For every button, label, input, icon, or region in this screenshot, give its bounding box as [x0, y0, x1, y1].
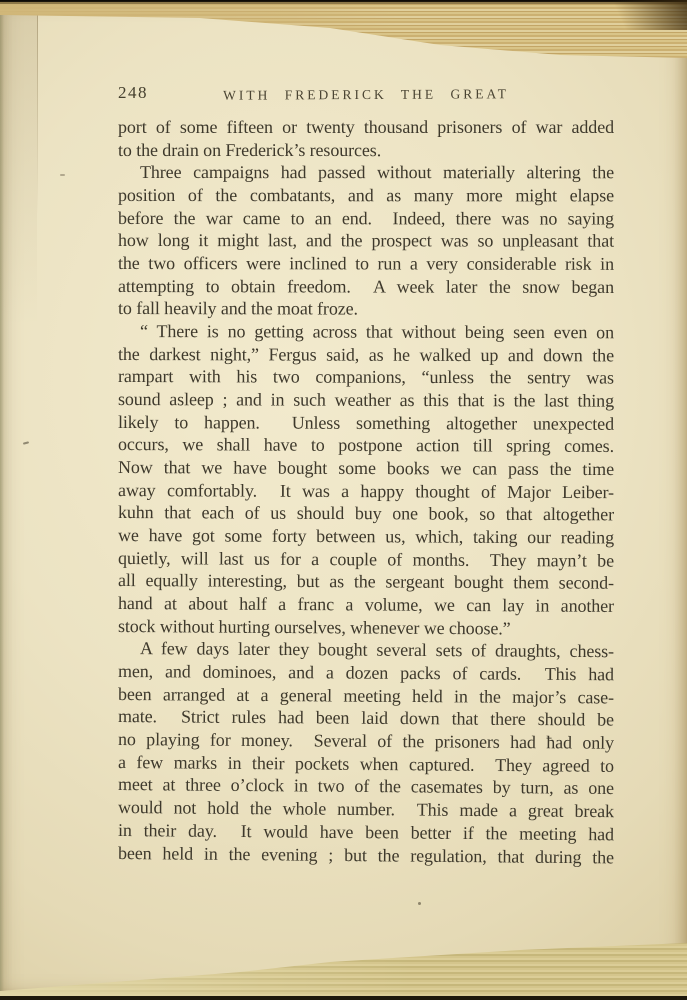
text-line: how long it might last, and the prospect…	[118, 229, 614, 252]
text-line: occurs, we shall have to postpone action…	[118, 433, 614, 458]
book-page: 248 WITH FREDERICK THE GREAT port of som…	[0, 0, 687, 1000]
text-line: before the war came to an end. Indeed, t…	[118, 207, 614, 230]
gutter-shade	[0, 14, 37, 354]
text-line: to fall heavily and the moat froze.	[118, 297, 614, 321]
text-line: the darkest night,” Fergus said, as he w…	[118, 343, 614, 367]
text-line: we have got some forty between us, which…	[118, 524, 614, 549]
text-line: sound asleep ; and in such weather as th…	[118, 388, 614, 412]
text-line: no playing for money. Several of the pri…	[118, 728, 614, 754]
text-line: Three campaigns had passed without mater…	[118, 161, 614, 184]
text-line: “ There is no getting across that withou…	[118, 320, 614, 344]
text-line: likely to happen. Unless something altog…	[118, 411, 614, 435]
text-line: away comfortably. It was a happy thought…	[118, 479, 614, 504]
text-line: all equally interesting, but as the serg…	[118, 569, 614, 594]
ink-speck	[418, 902, 421, 905]
running-title: WITH FREDERICK THE GREAT	[118, 82, 614, 105]
text-line: kuhn that each of us should buy one book…	[118, 501, 614, 526]
text-line: Now that we have bought some books we ca…	[118, 456, 614, 481]
text-line: hand at about half a franc a volume, we …	[118, 592, 614, 618]
under-page-edge-line	[37, 15, 38, 215]
text-line: quietly, will last us for a couple of mo…	[118, 547, 614, 572]
text-block: port of some fifteen or twenty thousand …	[118, 116, 614, 864]
text-line: port of some fifteen or twenty thousand …	[118, 116, 614, 139]
ink-speck	[23, 441, 29, 444]
text-line: rampart with his two companions, “unless…	[118, 365, 614, 389]
text-line: to the drain on Frederick’s resources.	[118, 139, 614, 162]
text-line: position of the combatants, and as many …	[118, 184, 614, 207]
text-line: attempting to obtain freedom. A week lat…	[118, 275, 614, 299]
page-header: 248 WITH FREDERICK THE GREAT	[118, 83, 614, 105]
text-line: the two officers were inclined to run a …	[118, 252, 614, 276]
page-corner-shadow	[607, 0, 687, 30]
text-line: A few days later they bought several set…	[118, 637, 614, 663]
text-line: been held in the evening ; but the regul…	[118, 842, 614, 869]
book-photo: 248 WITH FREDERICK THE GREAT port of som…	[0, 0, 687, 1000]
text-line: men, and dominoes, and a dozen packs of …	[118, 660, 614, 686]
ink-speck	[60, 174, 65, 176]
